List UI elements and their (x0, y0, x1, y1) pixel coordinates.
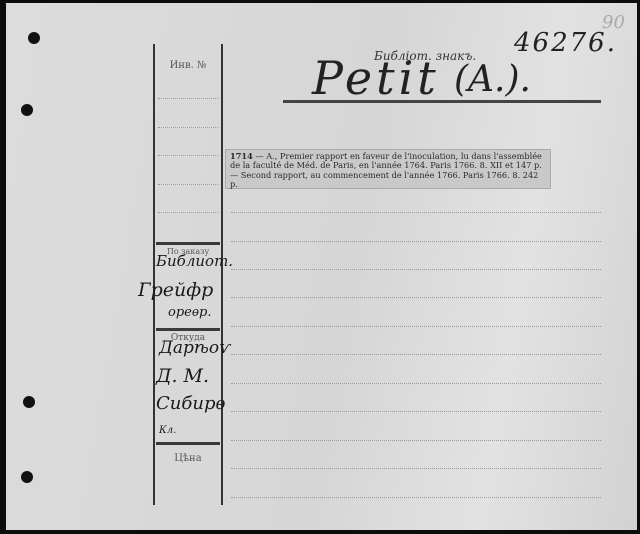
handwritten-from-4: Кл. (159, 425, 176, 436)
left-row-line (158, 98, 218, 100)
left-row-line (158, 127, 218, 129)
author-initial: (A.). (454, 59, 531, 100)
author-underline (283, 100, 601, 103)
main-row-line (231, 468, 601, 470)
handwritten-from-2: Д. М. (156, 365, 209, 387)
left-row-line (158, 212, 218, 214)
bibliographic-clipping: 1714 — A., Premier rapport en faveur de … (225, 149, 551, 189)
main-row-line (231, 269, 601, 271)
inventory-number-label: Инв. № (157, 59, 219, 72)
catalog-card: Инв. № По заказу Библиот. Грейфр ореѳр. … (6, 3, 637, 530)
section-divider (156, 328, 220, 331)
main-row-line (231, 497, 601, 499)
main-row-line (231, 354, 601, 356)
left-row-line (158, 184, 218, 186)
left-row-line (158, 155, 218, 157)
main-row-line (231, 440, 601, 442)
main-row-line (231, 383, 601, 385)
main-row-line (231, 297, 601, 299)
handwritten-source-1: Библиот. (156, 252, 233, 270)
main-row-line (231, 212, 601, 214)
punch-hole (23, 396, 35, 408)
accession-number: 46276. (514, 28, 617, 58)
price-label: Цѣна (157, 453, 219, 464)
punch-hole (28, 32, 40, 44)
inventory-number-text: Инв. № (170, 60, 207, 71)
main-row-line (231, 326, 601, 328)
author-name: Petit (312, 51, 440, 105)
handwritten-from-1: Дарѣоѵ (159, 338, 231, 358)
left-column-border (153, 44, 155, 505)
handwritten-from-3: Сибирѳ (156, 393, 225, 414)
main-area-border (221, 44, 223, 505)
main-row-line (231, 411, 601, 413)
punch-hole (21, 104, 33, 116)
punch-hole (21, 471, 33, 483)
section-divider (156, 242, 220, 245)
handwritten-source-2: Грейфр (138, 279, 213, 301)
entry-text: — A., Premier rapport en faveur de l'ino… (230, 151, 542, 189)
main-row-line (231, 241, 601, 243)
section-divider (156, 442, 220, 445)
handwritten-source-3: ореѳр. (168, 305, 211, 320)
